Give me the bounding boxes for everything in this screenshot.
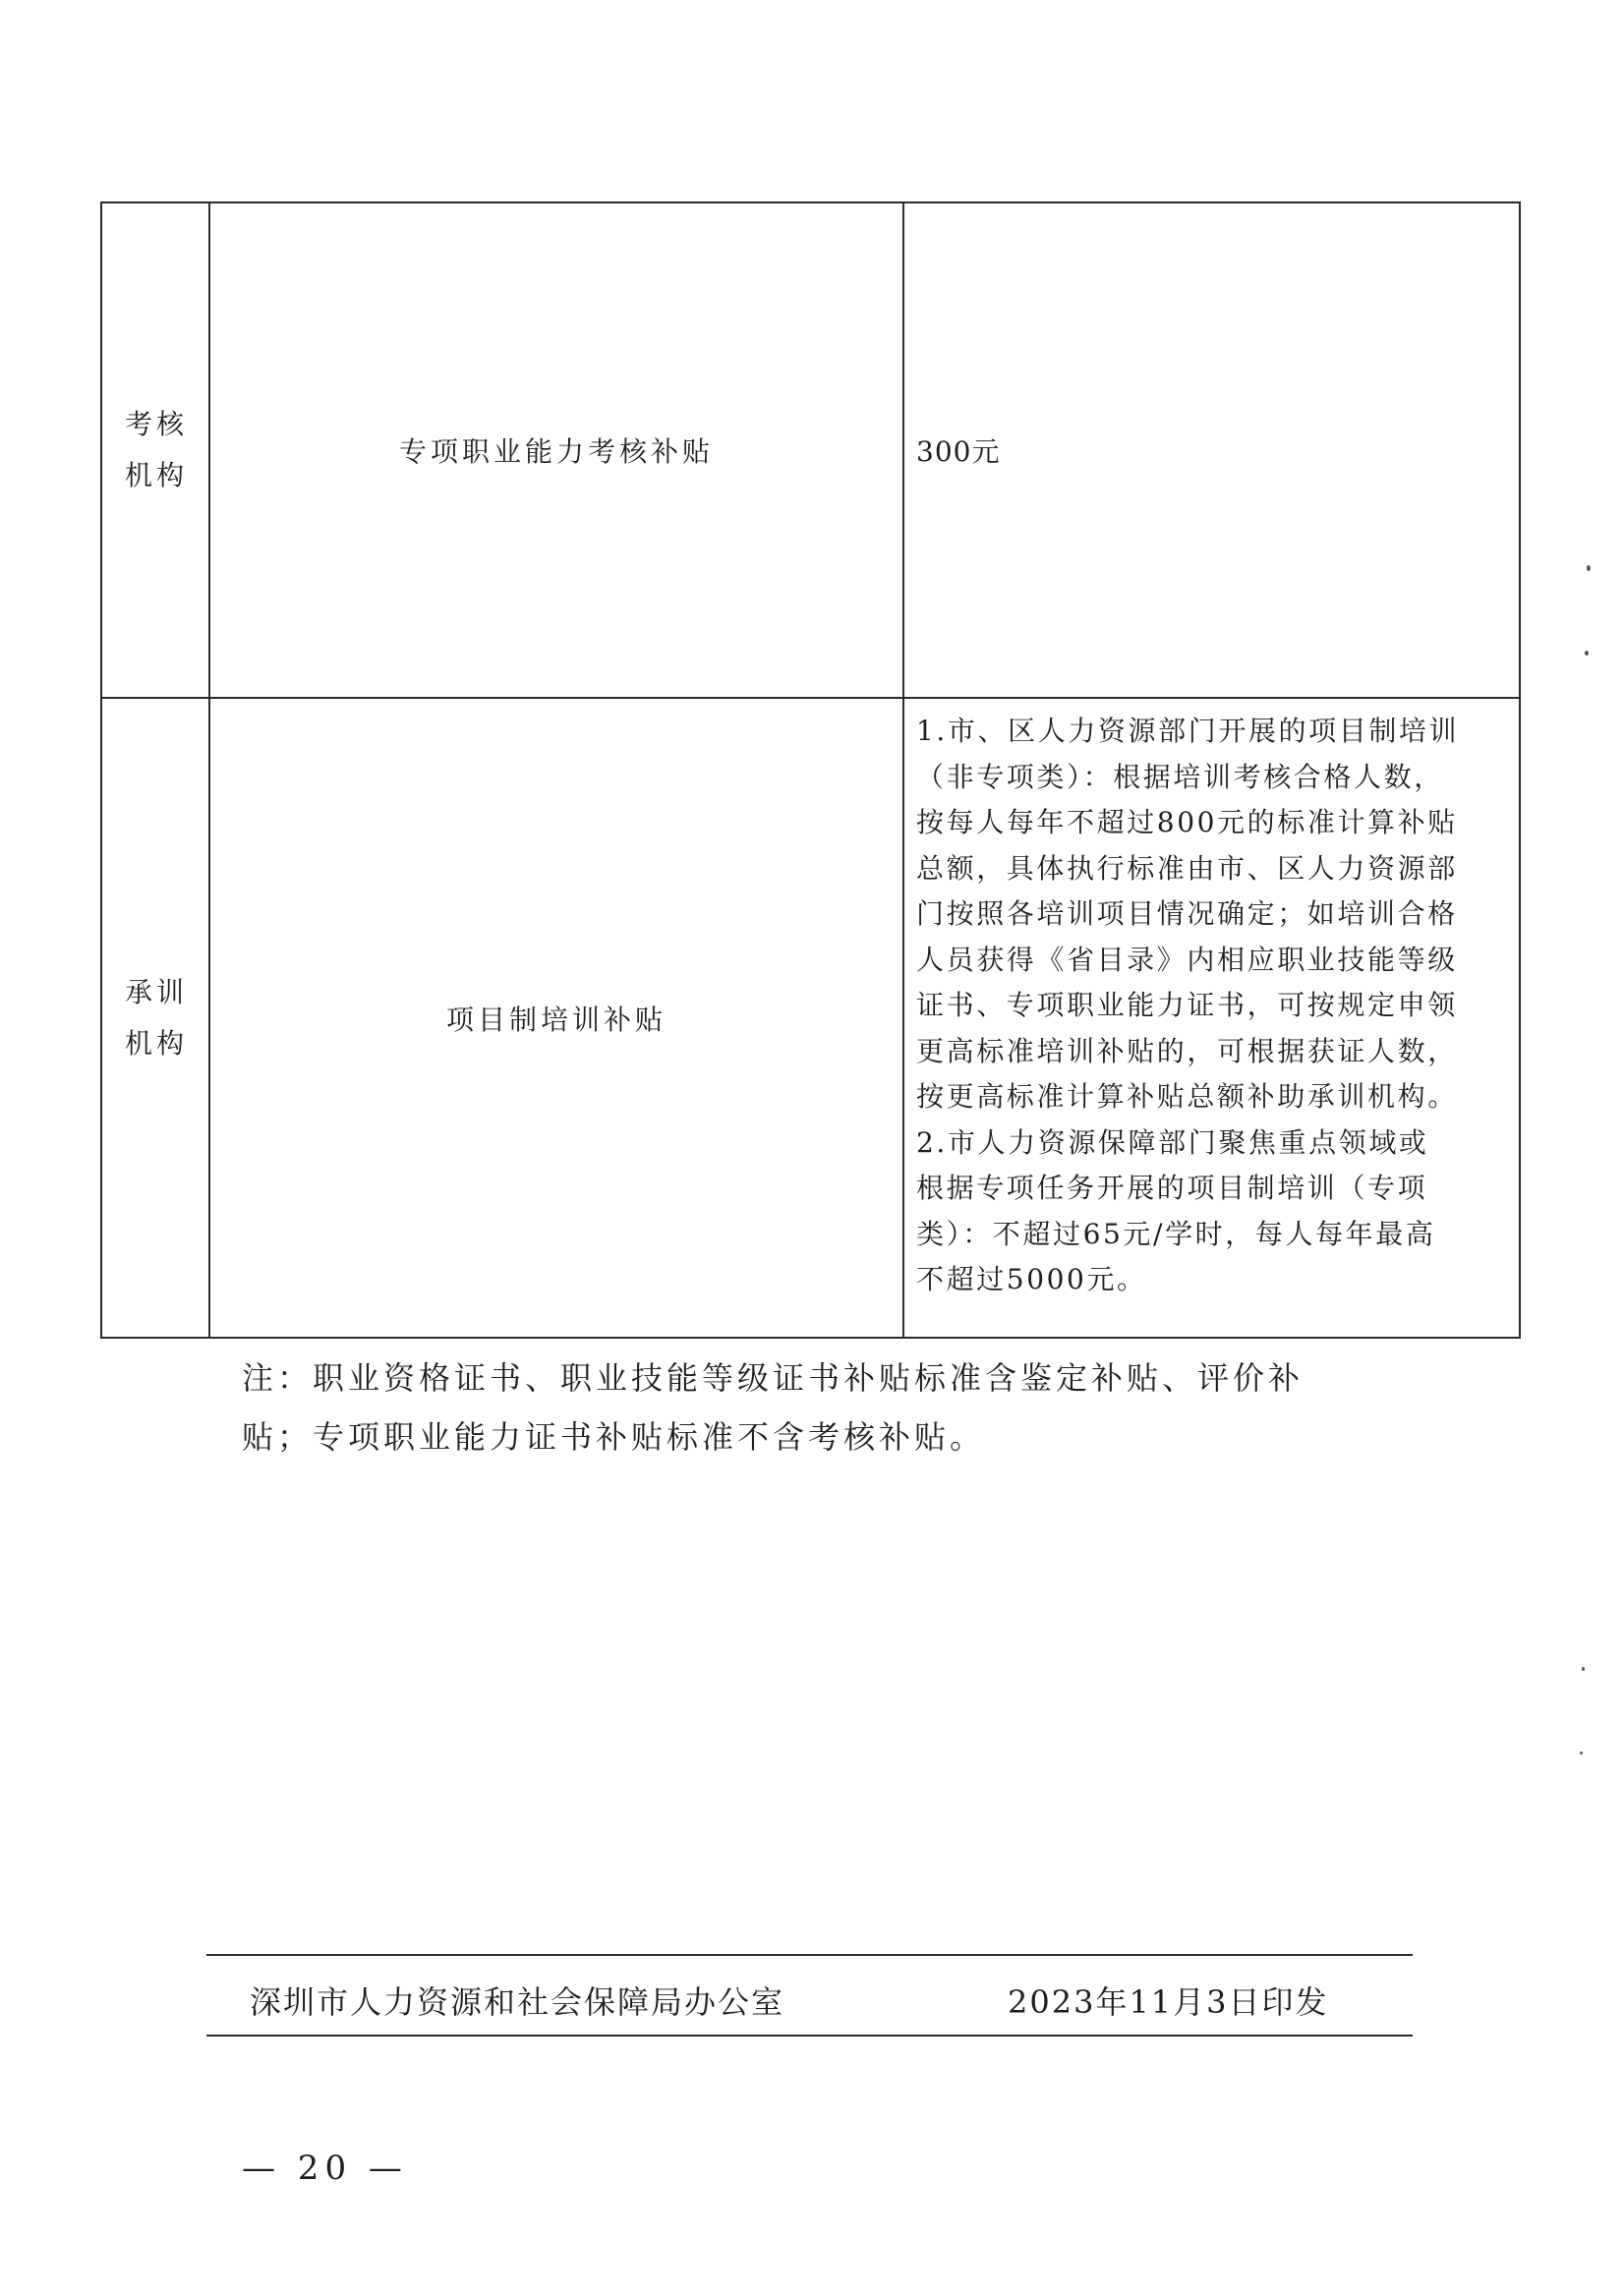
category-line: 承训: [125, 967, 188, 1018]
table-cell-item: 专项职业能力考核补贴: [210, 203, 902, 697]
table-cell-item: 项目制培训补贴: [210, 699, 902, 1337]
description-line: 根据专项任务开展的项目制培训（专项: [916, 1166, 1459, 1212]
page-number: — 20 —: [242, 2149, 408, 2188]
description-line: 证书、专项职业能力证书，可按规定申领: [916, 983, 1459, 1029]
description-line: 按每人每年不超过800元的标准计算补贴: [916, 800, 1459, 846]
subsidy-item-name: 项目制培训补贴: [446, 999, 667, 1038]
footer-bottom-rule: [206, 2035, 1413, 2037]
subsidy-amount: 300元: [916, 430, 1000, 470]
scan-speck: [1585, 651, 1589, 656]
description-line: 更高标准培训补贴的，可根据获证人数，: [916, 1029, 1459, 1075]
table-note: 注：职业资格证书、职业技能等级证书补贴标准含鉴定补贴、评价补 贴；专项职业能力证…: [242, 1349, 1402, 1466]
scan-speck: [1587, 565, 1591, 571]
scan-speck: [1582, 1667, 1585, 1671]
issuing-office: 深圳市人力资源和社会保障局办公室: [250, 1978, 784, 2023]
description-line: 总额，具体执行标准由市、区人力资源部: [916, 846, 1459, 892]
description-line: 按更高标准计算补贴总额补助承训机构。: [916, 1074, 1459, 1120]
subsidy-table: 考核 机构 专项职业能力考核补贴 300元 承训 机构 项目制培训补贴 1.市、…: [100, 201, 1521, 1339]
table-cell-description: 1.市、区人力资源部门开展的项目制培训 （非专项类）：根据培训考核合格人数， 按…: [904, 699, 1521, 1337]
subsidy-description: 1.市、区人力资源部门开展的项目制培训 （非专项类）：根据培训考核合格人数， 按…: [916, 709, 1459, 1303]
description-line: 不超过5000元。: [916, 1257, 1459, 1303]
description-line: 门按照各培训项目情况确定；如培训合格: [916, 891, 1459, 938]
table-cell-category: 承训 机构: [102, 699, 210, 1337]
category-line: 机构: [125, 1018, 188, 1069]
issue-date: 2023年11月3日印发: [1008, 1978, 1329, 2023]
scan-speck: [1580, 1751, 1583, 1754]
subsidy-item-name: 专项职业能力考核补贴: [399, 430, 714, 470]
description-line: （非专项类）：根据培训考核合格人数，: [916, 755, 1459, 801]
category-line: 考核: [125, 399, 188, 450]
note-line: 贴；专项职业能力证书补贴标准不含考核补贴。: [242, 1407, 1402, 1466]
category-line: 机构: [125, 450, 188, 501]
footer-top-rule: [206, 1954, 1413, 1956]
description-line: 1.市、区人力资源部门开展的项目制培训: [916, 709, 1459, 755]
description-line: 人员获得《省目录》内相应职业技能等级: [916, 938, 1459, 984]
description-line: 2.市人力资源保障部门聚焦重点领域或: [916, 1120, 1459, 1167]
description-line: 类）：不超过65元/学时，每人每年最高: [916, 1212, 1459, 1258]
table-cell-value: 300元: [904, 203, 1521, 697]
table-cell-category: 考核 机构: [102, 203, 210, 697]
note-line: 注：职业资格证书、职业技能等级证书补贴标准含鉴定补贴、评价补: [242, 1349, 1402, 1407]
